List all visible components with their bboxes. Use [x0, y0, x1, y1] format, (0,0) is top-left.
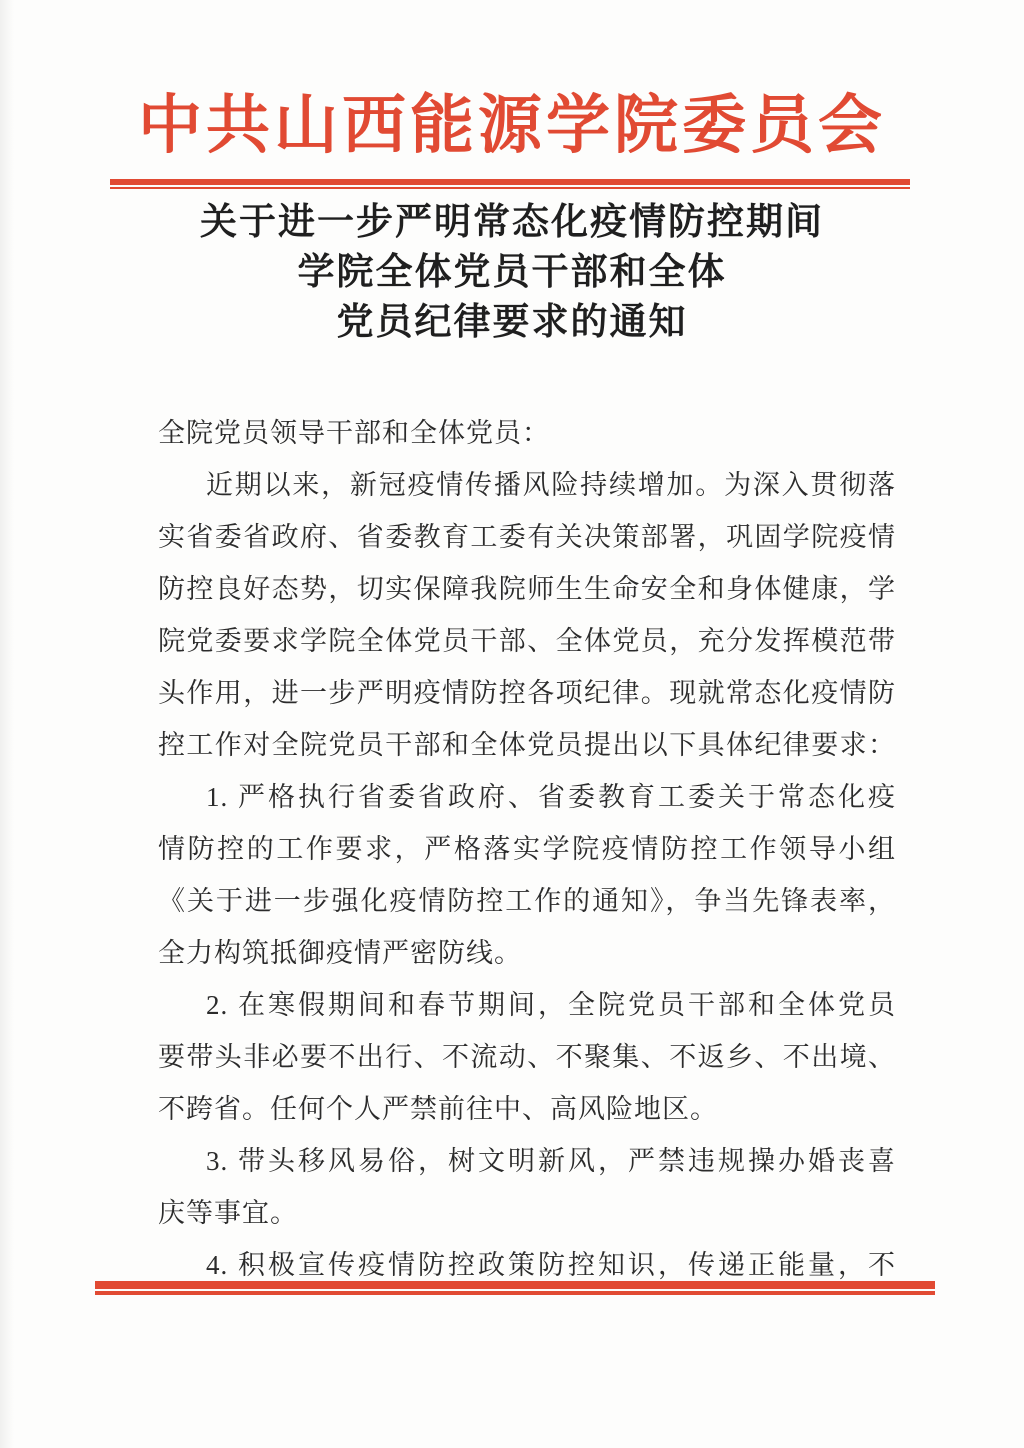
footer-rule-thick-bar: [95, 1281, 935, 1289]
org-name-red-header: 中共山西能源学院委员会: [0, 84, 1024, 168]
body-line: 1. 严格执行省委省政府、省委教育工委关于常态化疫: [158, 771, 896, 823]
body-line: 头作用，进一步严明疫情防控各项纪律。现就常态化疫情防: [158, 667, 896, 719]
body-line: 控工作对全院党员干部和全体党员提出以下具体纪律要求：: [158, 719, 896, 771]
scanned-document-page: 中共山西能源学院委员会 关于进一步严明常态化疫情防控期间 学院全体党员干部和全体…: [0, 0, 1024, 1448]
footer-red-rule: [95, 1281, 935, 1295]
footer-rule-thin-bar: [95, 1291, 935, 1295]
body-line: 2. 在寒假期间和春节期间，全院党员干部和全体党员: [158, 979, 896, 1031]
body-line: 情防控的工作要求，严格落实学院疫情防控工作领导小组: [158, 823, 896, 875]
body-line: 防控良好态势，切实保障我院师生生命安全和身体健康，学: [158, 563, 896, 615]
body-line: 近期以来，新冠疫情传播风险持续增加。为深入贯彻落: [158, 459, 896, 511]
body-line: 全力构筑抵御疫情严密防线。: [158, 927, 896, 979]
document-title-line-1: 关于进一步严明常态化疫情防控期间: [0, 198, 1024, 248]
header-rule-thin-bar: [110, 187, 910, 189]
body-line: 庆等事宜。: [158, 1187, 896, 1239]
document-title-line-2: 学院全体党员干部和全体: [0, 248, 1024, 298]
document-title-line-3: 党员纪律要求的通知: [0, 298, 1024, 348]
body-line: 《关于进一步强化疫情防控工作的通知》，争当先锋表率，: [158, 875, 896, 927]
salutation-line: 全院党员领导干部和全体党员：: [158, 407, 896, 459]
body-line: 要带头非必要不出行、不流动、不聚集、不返乡、不出境、: [158, 1031, 896, 1083]
body-line: 不跨省。任何个人严禁前往中、高风险地区。: [158, 1083, 896, 1135]
header-red-rule: [110, 179, 910, 189]
body-line: 实省委省政府、省委教育工委有关决策部署，巩固学院疫情: [158, 511, 896, 563]
document-body: 全院党员领导干部和全体党员： 近期以来，新冠疫情传播风险持续增加。为深入贯彻落 …: [158, 407, 896, 1291]
document-title: 关于进一步严明常态化疫情防控期间 学院全体党员干部和全体 党员纪律要求的通知: [0, 198, 1024, 348]
body-line: 院党委要求学院全体党员干部、全体党员，充分发挥模范带: [158, 615, 896, 667]
body-line: 3. 带头移风易俗，树文明新风，严禁违规操办婚丧喜: [158, 1135, 896, 1187]
